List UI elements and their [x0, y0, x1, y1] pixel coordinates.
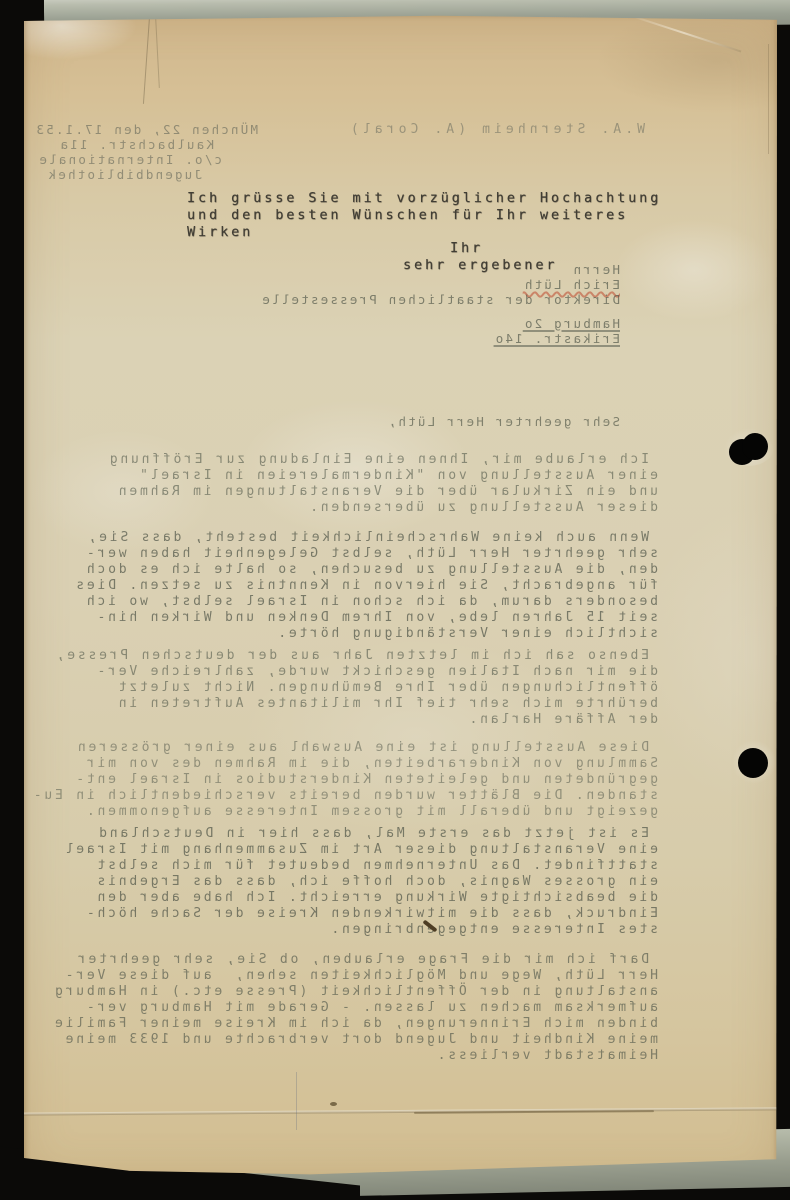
- faint-vertical-line-bottom: [296, 1072, 297, 1130]
- closing-lines: Ich grüsse Sie mit vorzüglicher Hochacht…: [187, 190, 661, 241]
- letter-page: W.A. Sternheim (A. Coral) MÜnchen 22, de…: [24, 14, 777, 1179]
- valediction-sehr-ergebener: sehr ergebener: [403, 257, 557, 273]
- valediction-ihr: Ihr: [450, 240, 483, 256]
- paper-fleck: [330, 1102, 337, 1106]
- punch-hole-top-overlap: [742, 433, 768, 460]
- punch-hole-bottom: [738, 748, 768, 778]
- scanned-letter-photo: W.A. Sternheim (A. Coral) MÜnchen 22, de…: [0, 0, 790, 1200]
- crease-right-edge: [768, 44, 769, 154]
- typed-closing-layer: Ich grüsse Sie mit vorzüglicher Hochacht…: [24, 14, 777, 1179]
